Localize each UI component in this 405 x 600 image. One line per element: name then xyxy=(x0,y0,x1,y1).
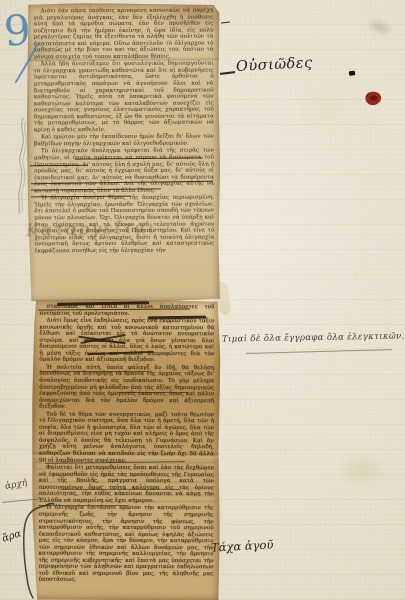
faded-ink-scrawl: Καταργεῖται xyxy=(26,217,186,241)
page-number-blue-pencil: 9 xyxy=(2,5,32,56)
pencil-wavy-line xyxy=(22,121,27,213)
margin-note-bottom: Τάχα ἀγοῦ xyxy=(211,537,274,554)
red-ink-blot-core xyxy=(370,95,378,100)
clipping-paragraph: Διότι ὅμως εἶνε ἐκδηλώσεις, πρὸς ἕνα ἐκφ… xyxy=(39,318,214,364)
pen-underline xyxy=(40,371,150,372)
clipping-paragraph: Ἀλλὰ ἤδη ἀνεπτύξαμεν ὅτι φυσιολογικῶς δη… xyxy=(34,61,214,134)
black-ink-dot xyxy=(349,71,356,76)
margin-note-essential: Οὐσιῶδες xyxy=(236,55,313,75)
pen-underline xyxy=(118,392,188,393)
left-margin-note-top: ἀρχή xyxy=(4,478,28,492)
clipping-paragraph: Καὶ πρῶτον μὲν τὴν ἐκπαίδευσιν ἡμῶν δεῖξ… xyxy=(34,134,214,148)
clipping-paragraph: Διότι ἐὰν πᾶσα ὑπόθεσις κρινομένη κανονι… xyxy=(33,8,213,61)
newspaper-clipping-top: Διότι ἐὰν πᾶσα ὑπόθεσις κρινομένη κανονι… xyxy=(26,3,220,303)
glue-patch xyxy=(220,300,231,315)
paper-stain xyxy=(336,452,388,490)
clipping-paragraph: Ἡ ὀλιγαρχία ἐπιτάσσει πρῶτον τὴν καταρρύ… xyxy=(39,505,214,584)
annotation-dash xyxy=(220,71,235,74)
pen-dash-mark xyxy=(221,21,230,24)
newspaper-clipping-bottom: στασιακῶς καὶ ΟΛΟΙ οἱ ἄλλοι ἀπολαύοντες … xyxy=(31,299,220,600)
scanned-archive-page: Διότι ἐὰν πᾶσα ὑπόθεσις κρινομένη κανονι… xyxy=(0,0,405,600)
left-margin-note-bottom: ἄρα xyxy=(1,528,23,544)
margin-note-middle: Τιμαὶ δὲ ὅλα ἔγγραφα ὅλα ἐλεγκτικῶν. xyxy=(222,331,405,344)
annotation-underline xyxy=(246,349,392,354)
clipping-bottom-text: στασιακῶς καὶ ΟΛΟΙ οἱ ἄλλοι ἀπολαύοντες … xyxy=(32,299,221,590)
double-print-smear xyxy=(36,455,216,507)
pencil-wavy-line xyxy=(19,118,24,214)
smudge-stain xyxy=(364,15,396,39)
red-ink-blot xyxy=(365,92,381,106)
paper-stain xyxy=(296,86,360,130)
